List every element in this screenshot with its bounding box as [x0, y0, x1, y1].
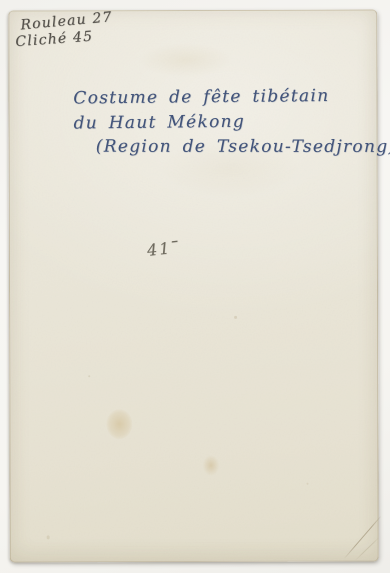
- ink-caption: Costume de fête tibétain du Haut Mékong …: [73, 83, 390, 161]
- caption-line3: (Region de Tsekou-Tsedjrong): [96, 135, 390, 160]
- paper-speck: [47, 535, 50, 539]
- paper-speck: [307, 483, 309, 485]
- age-stain: [202, 455, 219, 476]
- paper-speck: [88, 375, 90, 377]
- corner-crease: [344, 516, 381, 559]
- photo-verso-card: Rouleau 27 Cliché 45 Costume de fête tib…: [8, 10, 378, 563]
- scan-background: Rouleau 27 Cliché 45 Costume de fête tib…: [0, 0, 390, 573]
- pencil-number: 41-: [146, 237, 182, 260]
- paper-speck: [234, 316, 237, 319]
- caption-line2: du Haut Mékong: [73, 108, 390, 136]
- age-stain: [106, 409, 132, 439]
- age-stain: [137, 43, 233, 77]
- pencil-number-value: 41: [146, 238, 172, 260]
- caption-line1: Costume de fête tibétain: [73, 83, 390, 111]
- pencil-number-dash: -: [170, 230, 182, 250]
- corner-crease: [355, 537, 379, 560]
